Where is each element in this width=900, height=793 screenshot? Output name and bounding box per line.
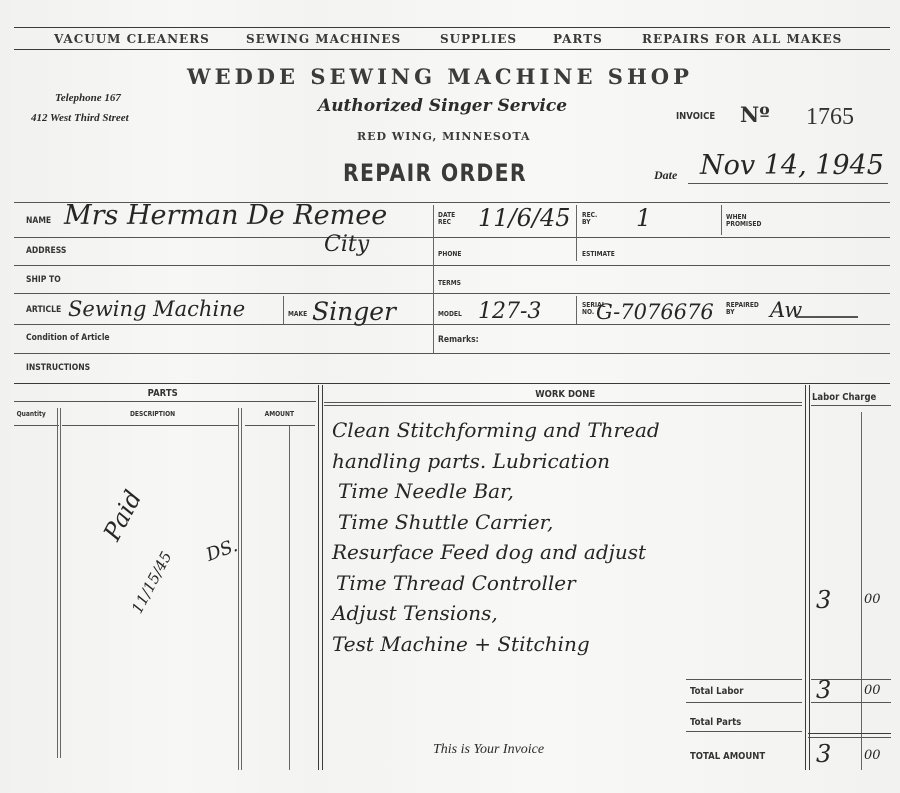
paid-note: Paid bbox=[98, 486, 147, 545]
total-amount-cents[interactable]: 00 bbox=[864, 748, 881, 763]
date-value[interactable]: Nov 14, 1945 bbox=[700, 150, 884, 181]
invoice-number: 1765 bbox=[806, 104, 854, 131]
terms-label: TERMS bbox=[438, 280, 461, 287]
shop-tagline: Authorized Singer Service bbox=[318, 96, 567, 116]
remarks-label: Remarks: bbox=[438, 335, 479, 345]
name-field[interactable]: Mrs Herman De Remee bbox=[64, 200, 387, 231]
work-done-title: WORK DONE bbox=[535, 389, 595, 400]
model-field[interactable]: 127-3 bbox=[478, 299, 541, 324]
parts-desc-head-rule bbox=[62, 425, 238, 426]
shop-street: 412 West Third Street bbox=[31, 112, 129, 124]
date-underline bbox=[688, 183, 888, 184]
rec-by-label: REC. BY bbox=[582, 212, 597, 226]
paid-note-initials: DS. bbox=[203, 535, 240, 566]
banner-item-supplies: SUPPLIES bbox=[440, 32, 517, 46]
work-line: Time Shuttle Carrier, bbox=[332, 507, 660, 538]
labor-charge-title: Labor Charge bbox=[812, 392, 876, 403]
work-line: Time Thread Controller bbox=[332, 568, 660, 599]
parts-title: PARTS bbox=[148, 388, 178, 399]
parts-work-divider-b bbox=[322, 385, 323, 770]
rec-by-field[interactable]: 1 bbox=[636, 204, 651, 232]
banner-bottom-rule bbox=[14, 49, 890, 50]
banner-top-rule bbox=[14, 27, 890, 28]
address-label: ADDRESS bbox=[26, 246, 66, 256]
banner-item-parts: PARTS bbox=[553, 32, 603, 46]
form-rule-bottom bbox=[14, 383, 890, 384]
address-field[interactable]: City bbox=[324, 232, 369, 257]
work-line: Time Needle Bar, bbox=[332, 476, 660, 507]
labor-title-rule bbox=[811, 405, 891, 406]
repair-order-document: VACUUM CLEANERS SEWING MACHINES SUPPLIES… bbox=[0, 0, 900, 793]
date-rec-field[interactable]: 11/6/45 bbox=[478, 204, 571, 232]
form-title: REPAIR ORDER bbox=[343, 159, 527, 187]
work-done-list: Clean Stitchforming and Thread handling … bbox=[332, 415, 660, 659]
ship-to-label: SHIP TO bbox=[26, 275, 61, 285]
total-labor-dollars[interactable]: 3 bbox=[816, 676, 831, 704]
total-parts-label: Total Parts bbox=[690, 717, 741, 728]
totals-rule-top bbox=[686, 679, 802, 680]
serial-field[interactable]: G-7076676 bbox=[596, 300, 714, 324]
date-rec-label: DATE REC bbox=[438, 212, 455, 226]
total-amount-dollars[interactable]: 3 bbox=[816, 740, 831, 768]
parts-work-divider-a bbox=[318, 385, 319, 770]
shop-city: RED WING, MINNESOTA bbox=[357, 130, 531, 143]
form-divider-rec bbox=[576, 205, 577, 261]
shop-name: WEDDE SEWING MACHINE SHOP bbox=[187, 64, 693, 89]
work-labor-divider-a bbox=[805, 385, 806, 770]
paid-note-date: 11/15/45 bbox=[128, 549, 176, 617]
make-label: MAKE bbox=[288, 311, 307, 318]
form-divider-promised bbox=[721, 205, 722, 235]
parts-amt-divider-b bbox=[241, 408, 242, 770]
banner-item-sewing: SEWING MACHINES bbox=[246, 32, 401, 46]
banner-item-vacuum: VACUUM CLEANERS bbox=[54, 32, 210, 46]
parts-qty-divider-a bbox=[57, 408, 58, 758]
article-field[interactable]: Sewing Machine bbox=[68, 297, 245, 321]
name-label: NAME bbox=[26, 216, 51, 226]
parts-amt-head-rule bbox=[245, 425, 315, 426]
form-rule-5 bbox=[14, 353, 890, 354]
total-amount-label: TOTAL AMOUNT bbox=[690, 751, 765, 762]
total-labor-label: Total Labor bbox=[690, 686, 743, 697]
shop-telephone: Telephone 167 bbox=[55, 92, 121, 104]
total-labor-rule bbox=[686, 702, 802, 703]
work-line: Resurface Feed dog and adjust bbox=[332, 537, 660, 568]
form-divider-serial bbox=[576, 296, 577, 324]
phone-label: PHONE bbox=[438, 251, 461, 258]
parts-col-description: DESCRIPTION bbox=[130, 410, 175, 418]
work-line: handling parts. Lubrication bbox=[332, 446, 660, 477]
banner-item-repairs: REPAIRS FOR ALL MAKES bbox=[642, 32, 842, 46]
condition-label: Condition of Article bbox=[26, 333, 110, 343]
parts-col-quantity: Quantity bbox=[17, 410, 46, 418]
article-label: ARTICLE bbox=[26, 305, 61, 315]
instructions-label: INSTRUCTIONS bbox=[26, 363, 90, 373]
invoice-footer-note: This is Your Invoice bbox=[433, 742, 544, 758]
parts-qty-divider-b bbox=[60, 408, 61, 758]
total-labor-cents[interactable]: 00 bbox=[864, 683, 881, 698]
parts-qty-head-rule bbox=[14, 425, 59, 426]
parts-title-rule bbox=[14, 401, 316, 402]
labor-cents-divider bbox=[861, 412, 862, 770]
repaired-by-field[interactable]: Aw bbox=[770, 298, 802, 322]
labor-charge-dollars[interactable]: 3 bbox=[816, 586, 831, 614]
invoice-label: INVOICE bbox=[676, 111, 715, 122]
work-line: Clean Stitchforming and Thread bbox=[332, 415, 660, 446]
work-labor-divider-b bbox=[809, 385, 810, 770]
parts-cents-divider bbox=[289, 426, 290, 770]
when-promised-label: WHEN PROMISED bbox=[726, 214, 761, 228]
work-title-rule-b bbox=[324, 405, 802, 406]
date-label: Date bbox=[654, 168, 677, 183]
labor-total-labor-rule bbox=[811, 702, 891, 703]
paid-note-word: Paid bbox=[98, 486, 147, 545]
form-rule-4 bbox=[14, 324, 890, 325]
form-rule-1 bbox=[14, 237, 890, 238]
form-rule-2 bbox=[14, 265, 890, 266]
total-parts-rule bbox=[686, 731, 802, 732]
model-label: MODEL bbox=[438, 311, 462, 318]
total-amount-rule-b bbox=[808, 737, 891, 738]
estimate-label: ESTIMATE bbox=[582, 251, 615, 258]
parts-col-amount: AMOUNT bbox=[265, 410, 294, 418]
number-sign: Nº bbox=[740, 102, 770, 127]
parts-amt-divider-a bbox=[238, 408, 239, 770]
form-divider-make bbox=[283, 296, 284, 324]
work-line: Adjust Tensions, bbox=[332, 598, 660, 629]
total-amount-rule-a bbox=[808, 733, 891, 734]
form-divider-main bbox=[433, 205, 434, 353]
repaired-by-stroke bbox=[796, 316, 858, 318]
form-rule-3 bbox=[14, 293, 890, 294]
make-field[interactable]: Singer bbox=[312, 297, 396, 326]
repaired-by-label: REPAIRED BY bbox=[726, 302, 759, 316]
work-line: Test Machine + Stitching bbox=[332, 629, 660, 660]
labor-charge-cents[interactable]: 00 bbox=[864, 592, 881, 607]
work-title-rule-a bbox=[324, 402, 802, 403]
